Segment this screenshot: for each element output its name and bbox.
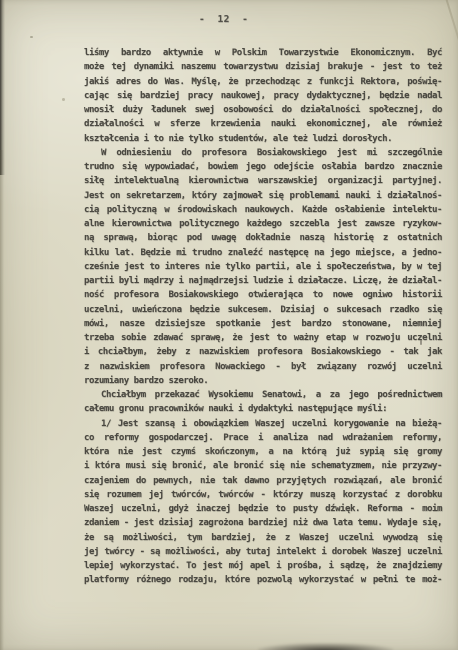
text-line: że są możliwości, tym bardziej, że z Was… bbox=[84, 531, 442, 545]
text-line: trudno się wypowiadać, bowiem jego odejś… bbox=[84, 160, 442, 174]
text-line: z nazwiskiem profesora Nowackiego - był … bbox=[84, 360, 442, 374]
text-line: czajeniem do pewnych, nie tak dawno przy… bbox=[84, 474, 442, 488]
text-line: liśmy bardzo aktywnie w Polskim Towarzys… bbox=[84, 46, 442, 60]
text-line: jej twórcy - są możliwości, aby tutaj in… bbox=[84, 545, 442, 559]
text-line: W odniesieniu do profesora Bosiakowskieg… bbox=[84, 146, 442, 160]
text-line: zdaniem - jest dzisiaj zagrożona bardzie… bbox=[84, 516, 442, 530]
text-line: ność profesora Bosiakowskiego otwierając… bbox=[84, 288, 442, 302]
text-line: Chciałbym przekazać Wysokiemu Senatowi, … bbox=[84, 388, 442, 402]
page-body: liśmy bardzo aktywnie w Polskim Towarzys… bbox=[84, 46, 442, 588]
scan-edge-shadow-left bbox=[0, 0, 5, 175]
text-line: co reformy gospodarczej. Prace i analiza… bbox=[84, 431, 442, 445]
text-line: może tej dynamiki naszemu towarzystwu dz… bbox=[84, 60, 442, 74]
text-line: cią polityczną w środowiskach naukowych.… bbox=[84, 203, 442, 217]
scan-edge-shadow-bottom bbox=[258, 643, 393, 650]
text-line: siłę intelektualną kierownictwa warszaws… bbox=[84, 174, 442, 188]
scanned-document-page: - 12 - liśmy bardzo aktywnie w Polskim T… bbox=[0, 0, 458, 650]
scan-edge-shading-left bbox=[0, 150, 4, 650]
text-line: mówi, nasze dzisiejsze spotkanie jest ba… bbox=[84, 317, 442, 331]
text-line: kilku lat. Będzie mi trudno znaleźć nast… bbox=[84, 246, 442, 260]
text-line: Jest on sekretarzem, który zajmował się … bbox=[84, 189, 442, 203]
text-line: 1/ Jest szansą i obowiązkiem Waszej ucze… bbox=[84, 417, 442, 431]
text-line: Waszej uczelni, gdyż inaczej będzie to p… bbox=[84, 502, 442, 516]
text-line: się rozumem jej twórców, twórców - którz… bbox=[84, 488, 442, 502]
text-line: i która musi się bronić, ale bronić się … bbox=[84, 459, 442, 473]
text-line: cześnie jest to interes nie tylko partii… bbox=[84, 260, 442, 274]
text-line: wnosił duży ładunek swej osobowości do d… bbox=[84, 103, 442, 117]
text-line: lepiej wykorzystać. To jest mój apel i p… bbox=[84, 559, 442, 573]
text-line: platformy różnego rodzaju, które pozwolą… bbox=[84, 573, 442, 587]
paper-crease bbox=[442, 0, 458, 108]
text-line: trzeba sobie zdawać sprawę, że jest to w… bbox=[84, 331, 442, 345]
text-line: cając się bardziej pracy naukowej, pracy… bbox=[84, 89, 442, 103]
page-number: - 12 - bbox=[199, 14, 248, 25]
text-line: która nie jest czymś skończonym, a na kt… bbox=[84, 445, 442, 459]
stray-ink-mark bbox=[420, 340, 422, 345]
text-line: alne kierownictwa politycznego każdego s… bbox=[84, 217, 442, 231]
text-line: kształcenia i to nie tylko studentów, al… bbox=[84, 132, 442, 146]
text-line: działalności w sferze krzewienia nauki e… bbox=[84, 117, 442, 131]
text-line: uczelni, uwieńczona będzie sukcesem. Dzi… bbox=[84, 303, 442, 317]
text-line: jakiś adres do Was. Myślę, że przechodzą… bbox=[84, 75, 442, 89]
paper-speck bbox=[30, 36, 33, 38]
text-line: rozumiany bardzo szeroko. bbox=[84, 374, 442, 388]
text-line: partii byli mądrzy i najmądrzejsi ludzie… bbox=[84, 274, 442, 288]
paper-speck bbox=[62, 98, 65, 101]
text-line: i chciałbym, żeby z nazwiskiem profesora… bbox=[84, 345, 442, 359]
text-line: ną sprawą, biorąc pod uwagę dokładnie na… bbox=[84, 231, 442, 245]
text-line: całemu gronu pracowników nauki i dydakty… bbox=[84, 402, 442, 416]
